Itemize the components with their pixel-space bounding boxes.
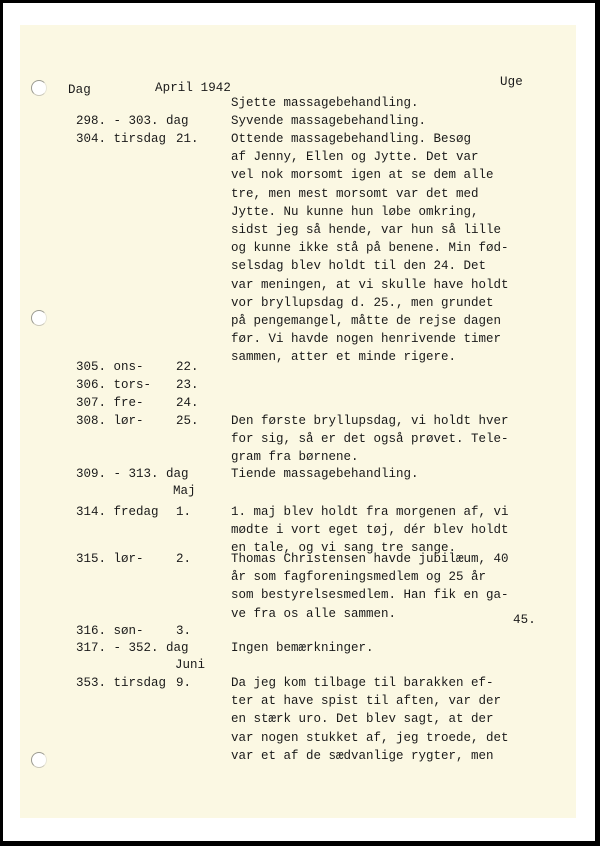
entry-text-line: vel nok morsomt igen at se dem alle — [231, 168, 494, 182]
entry-text-line: år som fagforeningsmedlem og 25 år — [231, 570, 486, 584]
entry-text-line: ter at have spist til aften, var der — [231, 694, 501, 708]
entry-text-line: sidst jeg så hende, var hun så lille — [231, 223, 501, 237]
entry-day: 314. fredag — [76, 505, 159, 519]
entry-text-line: tre, men mest morsomt var det med — [231, 187, 479, 201]
entry-text-line: på pengemangel, måtte de rejse dagen — [231, 314, 501, 328]
entry-day: 305. ons- — [76, 360, 144, 374]
entry-date: 22. — [176, 360, 199, 374]
day-column-label: Dag — [68, 84, 91, 97]
entry-text-line: ve fra os alle sammen. — [231, 607, 396, 621]
entry-day: 307. fre- — [76, 396, 144, 410]
entry-text-line: Den første bryllupsdag, vi holdt hver — [231, 414, 509, 428]
entry-day: 304. tirsdag — [76, 132, 166, 146]
entry-text-line: var nogen stukket af, jeg troede, det — [231, 731, 509, 745]
entry-date: 25. — [176, 414, 199, 428]
entry-date: 2. — [176, 552, 191, 566]
entry-date: 24. — [176, 396, 199, 410]
entry-text-line: Syvende massagebehandling. — [231, 114, 426, 128]
entry-text-line: vor bryllupsdag d. 25., men grundet — [231, 296, 494, 310]
entry-text-line: før. Vi havde nogen henrivende timer — [231, 332, 501, 346]
week-column-label: Uge — [500, 76, 523, 89]
entry-text-line: Ingen bemærkninger. — [231, 641, 374, 655]
entry-date: 21. — [176, 132, 199, 146]
entry-date: 23. — [176, 378, 199, 392]
entry-text-line: Tiende massagebehandling. — [231, 467, 419, 481]
entry-day: 309. - 313. dag — [76, 467, 189, 481]
entry-text-line: af Jenny, Ellen og Jytte. Det var — [231, 150, 479, 164]
entry-day: 308. lør- — [76, 414, 144, 428]
entry-text-line: mødte i vort eget tøj, dér blev holdt — [231, 523, 509, 537]
entry-day: 306. tors- — [76, 378, 151, 392]
entry-text-line: 1. maj blev holdt fra morgenen af, vi — [231, 505, 509, 519]
month-year-heading: April 1942 — [155, 82, 231, 95]
entry-date: 1. — [176, 505, 191, 519]
entry-day: 316. søn- — [76, 624, 144, 638]
entry-text-line: Jytte. Nu kunne hun løbe omkring, — [231, 205, 479, 219]
entry-text-line: var et af de sædvanlige rygter, men — [231, 749, 494, 763]
entry-text-line: Da jeg kom tilbage til barakken ef- — [231, 676, 494, 690]
punch-hole — [31, 752, 47, 768]
entry-text-line: gram fra børnene. — [231, 450, 359, 464]
punch-hole — [31, 80, 47, 96]
punch-hole — [31, 310, 47, 326]
entry-text-line: Ottende massagebehandling. Besøg — [231, 132, 471, 146]
entry-text-line: sammen, atter et minde rigere. — [231, 350, 456, 364]
entry-day: 353. tirsdag — [76, 676, 166, 690]
entry-text-line: Thomas Christensen havde jubilæum, 40 — [231, 552, 509, 566]
entry-text-line: Sjette massagebehandling. — [231, 96, 419, 110]
entry-text-line: var meningen, at vi skulle have holdt — [231, 278, 509, 292]
entry-text-line: og kunne ikke stå på benene. Min fød- — [231, 241, 509, 255]
entry-date: 3. — [176, 624, 191, 638]
month-label: Juni — [175, 658, 205, 672]
entry-text-line: selsdag blev holdt til den 24. Det — [231, 259, 486, 273]
entry-text-line: som bestyrelsesmedlem. Han fik en ga- — [231, 588, 509, 602]
entry-date: 9. — [176, 676, 191, 690]
entry-text-line: for sig, så er det også prøvet. Tele- — [231, 432, 509, 446]
entry-text-line: en stærk uro. Det blev sagt, at der — [231, 712, 494, 726]
entry-day: 315. lør- — [76, 552, 144, 566]
page-number: 45. — [513, 614, 536, 627]
entry-day: 317. - 352. dag — [76, 641, 189, 655]
month-label: Maj — [173, 484, 196, 498]
entry-day: 298. - 303. dag — [76, 114, 189, 128]
